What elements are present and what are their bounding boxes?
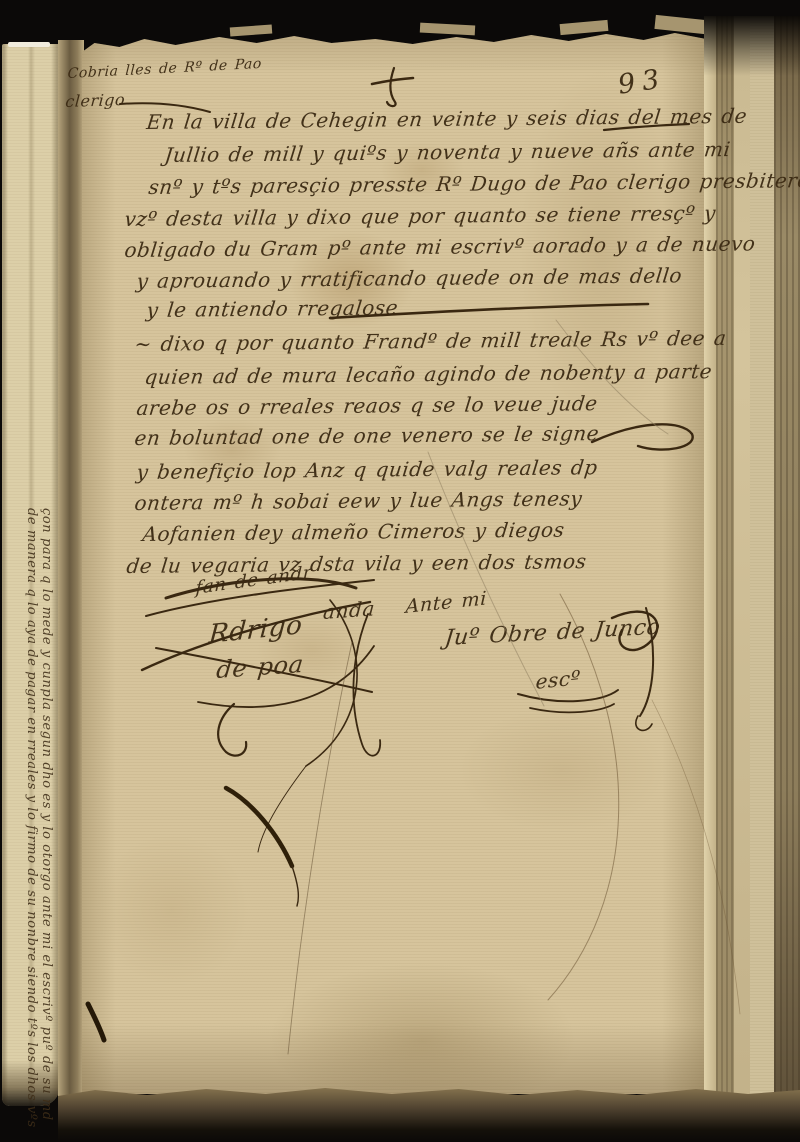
body-line: ontera mº h sobai eew y lue Angs tenesy	[133, 486, 583, 515]
verso-line: çon para q lo mede y cunpla segun dho es…	[39, 508, 54, 1034]
notary-title: escº	[535, 665, 581, 694]
manuscript-photo: çon para q lo mede y cunpla segun dho es…	[0, 0, 800, 1142]
margin-note-line: clerigo	[65, 90, 126, 111]
bottom-page-edge	[58, 1086, 800, 1142]
torn-edge-fragment	[420, 23, 475, 36]
torn-edge-fragment	[560, 20, 609, 35]
body-line: Aofanien dey almeño Cimeros y diegos	[141, 518, 566, 546]
signature-word: anda	[322, 596, 376, 624]
torn-edge-fragment	[230, 25, 273, 37]
body-line: de lu vegaria vz dsta vila y een dos tsm…	[125, 549, 588, 578]
body-line: en boluntad one de one venero se le sign…	[133, 421, 600, 450]
body-line: y benefiçio lop Anz q quide valg reales …	[135, 455, 599, 484]
edge-top-shadow	[704, 16, 800, 76]
gutter-shadow	[58, 40, 84, 1122]
verso-vertical-text: çon para q lo mede y cunpla segun dho es…	[24, 508, 54, 1034]
body-line: arebe os o rreales reaos q se lo veue ju…	[135, 391, 599, 420]
body-line: y le antiendo rregalose	[145, 295, 399, 322]
page-top-sliver	[8, 42, 50, 47]
verso-line: de manera q lo aya de pagar en rreales y…	[24, 508, 39, 1034]
